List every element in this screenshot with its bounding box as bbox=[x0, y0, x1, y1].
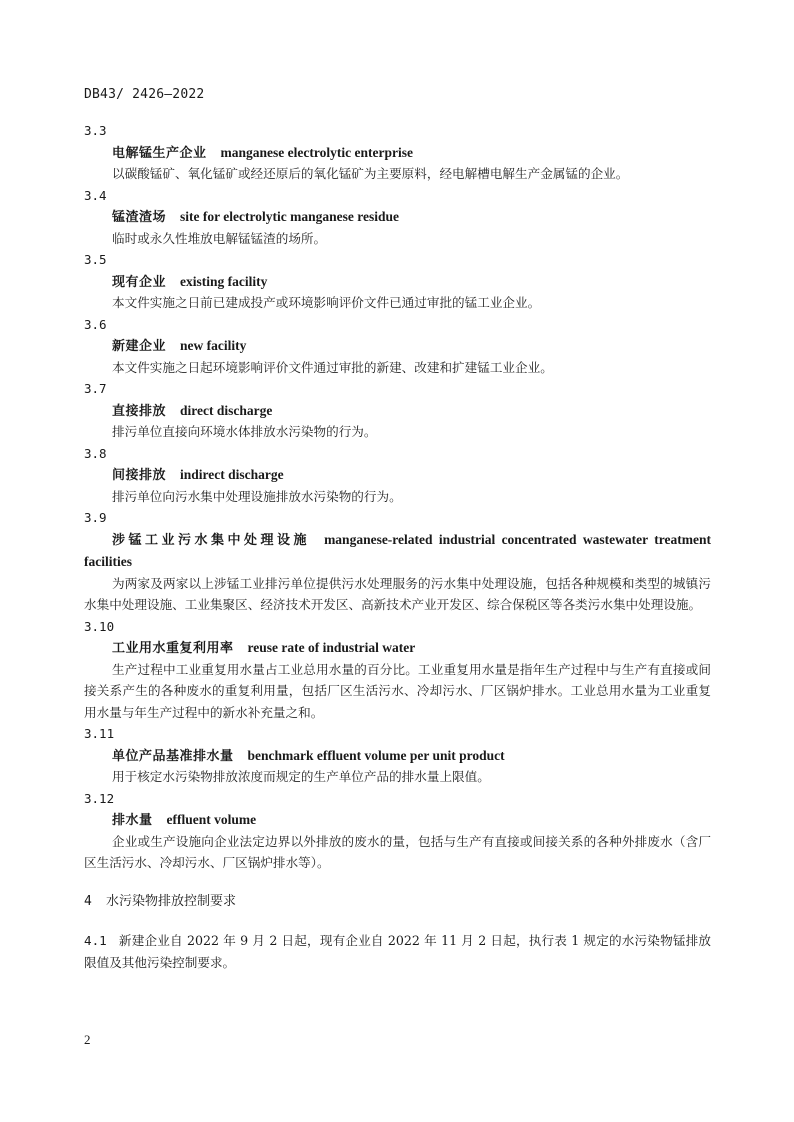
clause-number: 3.10 bbox=[84, 616, 711, 638]
term-definition: 企业或生产设施向企业法定边界以外排放的废水的量，包括与生产有直接或间接关系的各种… bbox=[84, 831, 711, 874]
term-definition: 为两家及两家以上涉锰工业排污单位提供污水处理服务的污水集中处理设施，包括各种规模… bbox=[84, 573, 711, 616]
clause-3-11: 3.11 单位产品基准排水量benchmark effluent volume … bbox=[84, 723, 711, 788]
clause-number: 3.5 bbox=[84, 249, 711, 271]
clause-3-8: 3.8 间接排放indirect discharge 排污单位向污水集中处理设施… bbox=[84, 443, 711, 508]
term-heading: 电解锰生产企业manganese electrolytic enterprise bbox=[84, 142, 711, 164]
clause-number: 3.3 bbox=[84, 120, 711, 142]
term-english: existing facility bbox=[180, 274, 267, 289]
term-definition: 排污单位直接向环境水体排放水污染物的行为。 bbox=[84, 421, 711, 443]
document-id-header: DB43/ 2426—2022 bbox=[84, 87, 204, 102]
section-title: 水污染物排放控制要求 bbox=[106, 894, 236, 909]
clause-3-5: 3.5 现有企业existing facility 本文件实施之日前已建成投产或… bbox=[84, 249, 711, 314]
term-chinese: 新建企业 bbox=[112, 339, 166, 354]
term-english: reuse rate of industrial water bbox=[248, 640, 416, 655]
term-heading: 直接排放direct discharge bbox=[84, 400, 711, 422]
term-heading: 排水量effluent volume bbox=[84, 809, 711, 831]
term-english: manganese-related industrial concentrate… bbox=[324, 532, 711, 547]
clause-3-12: 3.12 排水量effluent volume 企业或生产设施向企业法定边界以外… bbox=[84, 788, 711, 874]
clause-text: 新建企业自 2022 年 9 月 2 日起，现有企业自 2022 年 11 月 … bbox=[84, 933, 711, 970]
term-heading: 锰渣渣场site for electrolytic manganese resi… bbox=[84, 206, 711, 228]
term-english: manganese electrolytic enterprise bbox=[221, 145, 413, 160]
term-english: new facility bbox=[180, 338, 246, 353]
clause-3-4: 3.4 锰渣渣场site for electrolytic manganese … bbox=[84, 185, 711, 250]
term-english: direct discharge bbox=[180, 403, 272, 418]
term-heading: 现有企业existing facility bbox=[84, 271, 711, 293]
section-number: 4 bbox=[84, 891, 106, 913]
term-definition: 生产过程中工业重复用水量占工业总用水量的百分比。工业重复用水量是指年生产过程中与… bbox=[84, 659, 711, 724]
section-4-heading: 4水污染物排放控制要求 bbox=[84, 891, 711, 913]
term-chinese: 单位产品基准排水量 bbox=[112, 749, 234, 764]
term-chinese: 直接排放 bbox=[112, 404, 166, 419]
term-chinese: 工业用水重复利用率 bbox=[112, 641, 234, 656]
document-body: 3.3 电解锰生产企业manganese electrolytic enterp… bbox=[84, 120, 711, 974]
clause-number: 3.12 bbox=[84, 788, 711, 810]
clause-3-7: 3.7 直接排放direct discharge 排污单位直接向环境水体排放水污… bbox=[84, 378, 711, 443]
term-definition: 用于核定水污染物排放浓度而规定的生产单位产品的排水量上限值。 bbox=[84, 766, 711, 788]
term-heading: 间接排放indirect discharge bbox=[84, 464, 711, 486]
term-english-continuation: facilities bbox=[84, 551, 711, 573]
term-heading: 工业用水重复利用率reuse rate of industrial water bbox=[84, 637, 711, 659]
term-english: indirect discharge bbox=[180, 467, 284, 482]
clause-3-6: 3.6 新建企业new facility 本文件实施之日起环境影响评价文件通过审… bbox=[84, 314, 711, 379]
term-definition: 本文件实施之日前已建成投产或环境影响评价文件已通过审批的锰工业企业。 bbox=[84, 292, 711, 314]
clause-3-10: 3.10 工业用水重复利用率reuse rate of industrial w… bbox=[84, 616, 711, 724]
term-heading: 新建企业new facility bbox=[84, 335, 711, 357]
term-english: benchmark effluent volume per unit produ… bbox=[248, 748, 505, 763]
clause-3-3: 3.3 电解锰生产企业manganese electrolytic enterp… bbox=[84, 120, 711, 185]
clause-number: 3.8 bbox=[84, 443, 711, 465]
clause-3-9: 3.9 涉锰工业污水集中处理设施manganese-related indust… bbox=[84, 507, 711, 616]
term-chinese: 电解锰生产企业 bbox=[112, 146, 207, 161]
term-chinese: 间接排放 bbox=[112, 468, 166, 483]
term-definition: 本文件实施之日起环境影响评价文件通过审批的新建、改建和扩建锰工业企业。 bbox=[84, 357, 711, 379]
clause-number: 4.1 bbox=[84, 933, 107, 948]
clause-number: 3.6 bbox=[84, 314, 711, 336]
term-chinese: 排水量 bbox=[112, 813, 153, 828]
term-definition: 排污单位向污水集中处理设施排放水污染物的行为。 bbox=[84, 486, 711, 508]
clause-number: 3.11 bbox=[84, 723, 711, 745]
term-heading: 涉锰工业污水集中处理设施manganese-related industrial… bbox=[84, 529, 711, 552]
term-definition: 临时或永久性堆放电解锰锰渣的场所。 bbox=[84, 228, 711, 250]
term-english: effluent volume bbox=[167, 812, 257, 827]
page-number: 2 bbox=[84, 1032, 91, 1048]
clause-number: 3.9 bbox=[84, 507, 711, 529]
term-definition: 以碳酸锰矿、氧化锰矿或经还原后的氧化锰矿为主要原料，经电解槽电解生产金属锰的企业… bbox=[84, 163, 711, 185]
term-chinese: 现有企业 bbox=[112, 275, 166, 290]
term-chinese: 涉锰工业污水集中处理设施 bbox=[112, 533, 310, 548]
clause-4-1: 4.1新建企业自 2022 年 9 月 2 日起，现有企业自 2022 年 11… bbox=[84, 930, 711, 974]
term-chinese: 锰渣渣场 bbox=[112, 210, 166, 225]
clause-number: 3.4 bbox=[84, 185, 711, 207]
term-heading: 单位产品基准排水量benchmark effluent volume per u… bbox=[84, 745, 711, 767]
term-english: site for electrolytic manganese residue bbox=[180, 209, 399, 224]
clause-number: 3.7 bbox=[84, 378, 711, 400]
